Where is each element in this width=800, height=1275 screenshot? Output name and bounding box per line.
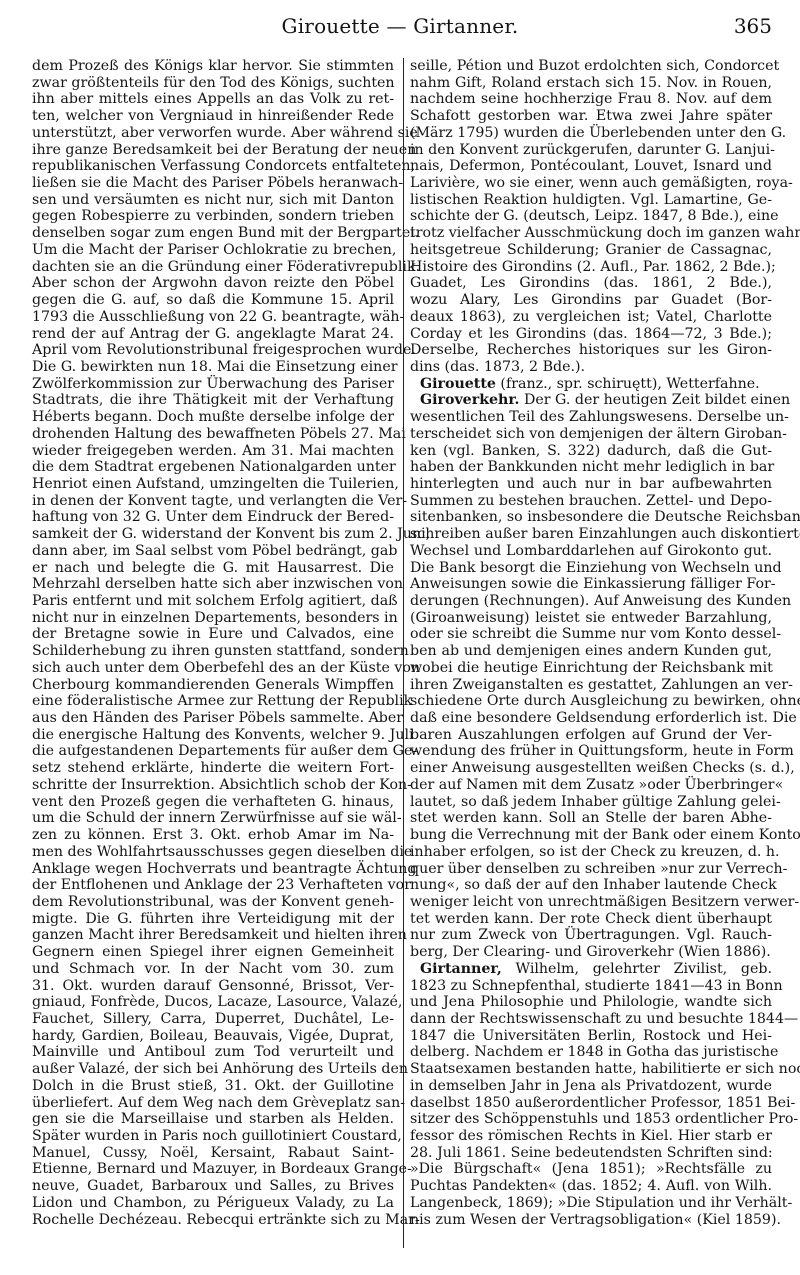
text-line: nis zum Wesen der Vertragsobligation« (K… <box>410 1212 772 1229</box>
text-line: trotz vielfacher Ausschmückung doch im g… <box>410 225 772 242</box>
text-line: Rochelle Dechézeau. Rebecqui ertränkte s… <box>32 1212 394 1229</box>
page-number: 365 <box>734 14 772 38</box>
text-line: in denen der Konvent tagte, und verlangt… <box>32 493 394 510</box>
text-line: Stadtrats, die ihre Thätigkeit mit der V… <box>32 392 394 409</box>
text-line: dem Revolutionstribunal, was der Konvent… <box>32 894 394 911</box>
text-line: die dem Stadtrat ergebenen Nationalgarde… <box>32 459 394 476</box>
text-line: deaux 1863), zu vergleichen ist; Vatel, … <box>410 309 772 326</box>
text-line: Manuel, Cussy, Noël, Kersaint, Rabaut Sa… <box>32 1145 394 1162</box>
text-line: Die G. bewirkten nun 18. Mai die Einsetz… <box>32 359 394 376</box>
text-line: wozu Alary, Les Girondins par Guadet (Bo… <box>410 292 772 309</box>
text-line: nung«, so daß der auf den Inhaber lauten… <box>410 877 772 894</box>
text-line: Staatsexamen bestanden hatte, habilitier… <box>410 1061 772 1078</box>
text-line: Langenbeck, 1869); »Die Stipulation und … <box>410 1195 772 1212</box>
entry-girtanner: Girtanner, Wilhelm, gelehrter Zivilist, … <box>410 961 772 1229</box>
text-line: gegen die G. auf, so daß die Kommune 15.… <box>32 292 394 309</box>
text-line: Zwölferkommission zur Überwachung des Pa… <box>32 376 394 393</box>
text-line: wobei die heutige Einrichtung der Reichs… <box>410 660 772 677</box>
right-column: seille, Pétion und Buzot erdolchten sich… <box>410 58 772 1228</box>
text-line: Um die Macht der Pariser Ochlokratie zu … <box>32 242 394 259</box>
running-title: Girouette — Girtanner. <box>0 14 800 38</box>
text-line: hardy, Gardien, Boileau, Beauvais, Vigée… <box>32 1028 394 1045</box>
text-line: Henriot einen Aufstand, umzingelten die … <box>32 476 394 493</box>
text-line: derungen (Rechnungen). Auf Anweisung des… <box>410 593 772 610</box>
lemma-girouette: Girouette <box>420 376 496 392</box>
text-line: schiedene Orte durch Ausgleichung zu bew… <box>410 693 772 710</box>
text-line: bung die Verrechnung mit der Bank oder e… <box>410 827 772 844</box>
text-line: wendung des früher in Quittungsform, heu… <box>410 743 772 760</box>
entry-girouette: Girouette (franz., spr. schiruętt), Wett… <box>410 376 772 393</box>
text-line: zwar größtenteils für den Tod des Königs… <box>32 75 394 92</box>
text-line: quer über denselben zu schreiben »nur zu… <box>410 861 772 878</box>
text-line: Lidon und Chambon, zu Périgueux Valady, … <box>32 1195 394 1212</box>
text-line: Guadet, Les Girondins (das. 1861, 2 Bde.… <box>410 275 772 292</box>
text-line: rend der auf Antrag der G. angeklagte Ma… <box>32 326 394 343</box>
text-line: Dolch in die Brust stieß, 31. Okt. der G… <box>32 1078 394 1095</box>
text-line: ganzen Macht ihrer Beredsamkeit und hiel… <box>32 927 394 944</box>
text-line: in demselben Jahr in Jena als Privatdoze… <box>410 1078 772 1095</box>
text-line: »Die Bürgschaft« (Jena 1851); »Rechtsfäl… <box>410 1161 772 1178</box>
text-line: außer Valazé, der sich bei Anhörung des … <box>32 1061 394 1078</box>
text-line: dann aber, im Saal selbst vom Pöbel bedr… <box>32 543 394 560</box>
text-line: Mehrzahl derselben hatte sich aber inzwi… <box>32 576 394 593</box>
text-line: Derselbe, Recherches historiques sur les… <box>410 342 772 359</box>
text-line: 31. Okt. wurden darauf Gensonné, Brissot… <box>32 978 394 995</box>
text-line: Die Bank besorgt die Einziehung von Wech… <box>410 560 772 577</box>
text-line: sitzer des Schöppenstuhls und 1853 orden… <box>410 1111 772 1128</box>
text-line: nicht nur in einzelnen Departements, bes… <box>32 610 394 627</box>
text-line: ließen sie die Macht des Pariser Pöbels … <box>32 175 394 192</box>
text-line: ihn aber mittels eines Appells an das Vo… <box>32 91 394 108</box>
text-line: wieder freigegeben werden. Am 31. Mai ma… <box>32 443 394 460</box>
text-line: ken (vgl. Banken, S. 322) dadurch, daß d… <box>410 443 772 460</box>
text-line: inhaber erfolgen, so ist der Check zu kr… <box>410 844 772 861</box>
text-line: 1847 die Universitäten Berlin, Rostock u… <box>410 1028 772 1045</box>
text-line: um die Schuld der innern Zerwürfnisse au… <box>32 810 394 827</box>
text-line: setz stehend erklärte, hinderte die weit… <box>32 760 394 777</box>
text-line: gen sie die Marseillaise und starben als… <box>32 1111 394 1128</box>
text-line: Histoire des Girondins (2. Aufl., Par. 1… <box>410 259 772 276</box>
text-line: seille, Pétion und Buzot erdolchten sich… <box>410 58 772 75</box>
text-line: berg, Der Clearing- und Giroverkehr (Wie… <box>410 944 772 961</box>
text-line: neuve, Guadet, Barbaroux und Salles, zu … <box>32 1178 394 1195</box>
text-line: Schafott gestorben war. Etwa zwei Jahre … <box>410 108 772 125</box>
text-line: daselbst 1850 außerordentlicher Professo… <box>410 1095 772 1112</box>
text-line: ihren Zweiganstalten es gestattet, Zahlu… <box>410 677 772 694</box>
column-divider <box>403 58 404 1248</box>
text-line: gniaud, Fonfrède, Ducos, Lacaze, Lasourc… <box>32 994 394 1011</box>
text-line: Anweisungen sowie die Einkassierung fäll… <box>410 576 772 593</box>
text-line: nachdem seine hochherzige Frau 8. Nov. a… <box>410 91 772 108</box>
text-line: Summen zu bestehen brauchen. Zettel- und… <box>410 493 772 510</box>
text-line: tet werden kann. Der rote Check dient üb… <box>410 911 772 928</box>
lemma-giroverkehr: Giroverkehr. <box>420 392 519 408</box>
text-line: dachten sie an die Gründung einer Födera… <box>32 259 394 276</box>
text-line: in den Konvent zurückgerufen, darunter G… <box>410 142 772 159</box>
text-line: listischen Reaktion huldigten. Vgl. Lama… <box>410 192 772 209</box>
text-line: Etienne, Bernard und Mazuyer, in Bordeau… <box>32 1161 394 1178</box>
text-line: ten, welcher von Vergniaud in hinreißend… <box>32 108 394 125</box>
text-line: hinterlegten und auch nur in bar aufbewa… <box>410 476 772 493</box>
text-line: lautet, so daß jedem Inhaber gültige Zah… <box>410 794 772 811</box>
text-line: haftung von 32 G. Unter dem Eindruck der… <box>32 509 394 526</box>
text-line: und Schmach vor. In der Nacht vom 30. zu… <box>32 961 394 978</box>
text-line: dins (das. 1873, 2 Bde.). <box>410 359 772 376</box>
text-line: Puchtas Pandekten« (das. 1852; 4. Aufl. … <box>410 1178 772 1195</box>
text-line: drohenden Haltung des bewaffneten Pöbels… <box>32 426 394 443</box>
text-line: Wechsel und Lombarddarlehen auf Girokont… <box>410 543 772 560</box>
text-line: unterstützt, aber verworfen wurde. Aber … <box>32 125 394 142</box>
text-line: haben der Bankkunden nicht mehr lediglic… <box>410 459 772 476</box>
text-line: er nach und belegte die G. mit Hausarres… <box>32 560 394 577</box>
text-run: Der G. der heutigen Zeit bildet einen <box>519 392 790 408</box>
text-line: April vom Revolutionstribunal freigespro… <box>32 342 394 359</box>
text-line: sitenbanken, so insbesondere die Deutsch… <box>410 509 772 526</box>
text-line: men des Wohlfahrtsausschusses gegen dies… <box>32 844 394 861</box>
text-line: der auf Namen mit dem Zusatz »oder Überb… <box>410 777 772 794</box>
text-line: terscheidet sich von demjenigen der älte… <box>410 426 772 443</box>
text-line: gegen Robespierre zu verbinden, sondern … <box>32 208 394 225</box>
text-line: Giroverkehr. Der G. der heutigen Zeit bi… <box>410 392 772 409</box>
text-line: baren Auszahlungen erfolgen auf Grund de… <box>410 727 772 744</box>
entry-girouette-text: (franz., spr. schiruętt), Wetterfahne. <box>496 376 760 392</box>
text-line: Girtanner, Wilhelm, gelehrter Zivilist, … <box>410 961 772 978</box>
text-line: Héberts begann. Doch mußte derselbe info… <box>32 409 394 426</box>
text-line: Fauchet, Sillery, Carra, Duperret, Duchâ… <box>32 1011 394 1028</box>
text-line: Aber schon der Argwohn davon reizte den … <box>32 275 394 292</box>
text-line: nur zum Zweck von Übertragungen. Vgl. Ra… <box>410 927 772 944</box>
text-line: stet werden kann. Soll an Stelle der bar… <box>410 810 772 827</box>
text-line: republikanischen Verfassung Condorcets e… <box>32 158 394 175</box>
text-line: 28. Juli 1861. Seine bedeutendsten Schri… <box>410 1145 772 1162</box>
text-line: vent den Prozeß gegen die verhafteten G.… <box>32 794 394 811</box>
text-line: (Giroanweisung) leistet sie entweder Bar… <box>410 610 772 627</box>
text-line: einer Anweisung ausgestellten weißen Che… <box>410 760 772 777</box>
text-line: schichte der G. (deutsch, Leipz. 1847, 8… <box>410 208 772 225</box>
text-line: zen zu können. Erst 3. Okt. erhob Amar i… <box>32 827 394 844</box>
text-line: überliefert. Auf dem Weg nach dem Grèvep… <box>32 1095 394 1112</box>
text-line: sich auch unter dem Oberbefehl des an de… <box>32 660 394 677</box>
text-line: nahm Gift, Roland erstach sich 15. Nov. … <box>410 75 772 92</box>
text-line: fessor des römischen Rechts in Kiel. Hie… <box>410 1128 772 1145</box>
text-line: samkeit der G. widerstand der Konvent bi… <box>32 526 394 543</box>
text-line: Larivière, wo sie einer, wenn auch gemäß… <box>410 175 772 192</box>
text-line: migte. Die G. führten ihre Verteidigung … <box>32 911 394 928</box>
text-line: oder sie schreibt die Summe nur vom Kont… <box>410 626 772 643</box>
text-line: denselben sogar zum engen Bund mit der B… <box>32 225 394 242</box>
text-line: Später wurden in Paris noch guillotinier… <box>32 1128 394 1145</box>
text-run: Wilhelm, gelehrter Zivilist, geb. <box>502 961 772 977</box>
text-line: schritte der Insurrektion. Absichtlich s… <box>32 777 394 794</box>
text-line: 1823 zu Schnepfenthal, studierte 1841—43… <box>410 978 772 995</box>
text-line: der Entflohenen und Anklage der 23 Verha… <box>32 877 394 894</box>
text-line: Paris entfernt und mit solchem Erfolg ag… <box>32 593 394 610</box>
text-line: wesentlichen Teil des Zahlungswesens. De… <box>410 409 772 426</box>
text-line: aus den Händen des Pariser Pöbels sammel… <box>32 710 394 727</box>
text-line: delberg. Nachdem er 1848 in Gotha das ju… <box>410 1044 772 1061</box>
text-line: sen und versäumten es nicht nur, sich mi… <box>32 192 394 209</box>
text-line: Cherbourg kommandierenden Generals Wimpf… <box>32 677 394 694</box>
text-line: dem Prozeß des Königs klar hervor. Sie s… <box>32 58 394 75</box>
girondists-continuation: seille, Pétion und Buzot erdolchten sich… <box>410 58 772 376</box>
text-line: nais, Defermon, Pontécoulant, Louvet, Is… <box>410 158 772 175</box>
text-line: und Jena Philosophie und Philologie, wan… <box>410 994 772 1011</box>
left-column: dem Prozeß des Königs klar hervor. Sie s… <box>32 58 394 1228</box>
text-line: die aufgestandenen Departements für auße… <box>32 743 394 760</box>
page-header: Girouette — Girtanner. 365 <box>0 14 800 44</box>
text-line: der Bretagne sowie in Eure und Calvados,… <box>32 626 394 643</box>
text-line: ben ab und demjenigen eines andern Kunde… <box>410 643 772 660</box>
text-line: heitsgetreue Schilderung; Granier de Cas… <box>410 242 772 259</box>
entry-giroverkehr: Giroverkehr. Der G. der heutigen Zeit bi… <box>410 392 772 960</box>
text-line: weniger leicht von unrechtmäßigen Besitz… <box>410 894 772 911</box>
text-line: ihre ganze Beredsamkeit bei der Beratung… <box>32 142 394 159</box>
text-line: (März 1795) wurden die Überlebenden unte… <box>410 125 772 142</box>
text-line: eine föderalistische Armee zur Rettung d… <box>32 693 394 710</box>
text-line: Mainville und Antiboul zum Tod verurteil… <box>32 1044 394 1061</box>
text-line: Anklage wegen Hochverrats und beantragte… <box>32 861 394 878</box>
text-line: schreiben außer baren Einzahlungen auch … <box>410 526 772 543</box>
text-line: daß eine besondere Geldsendung erforderl… <box>410 710 772 727</box>
text-line: Gegnern einen Spiegel ihrer eignen Gemei… <box>32 944 394 961</box>
text-line: dann der Rechtswissenschaft zu und besuc… <box>410 1011 772 1028</box>
text-line: die energische Haltung des Konvents, wel… <box>32 727 394 744</box>
lemma-girtanner: Girtanner, <box>420 961 502 977</box>
text-line: Schilderhebung zu ihren gunsten stattfan… <box>32 643 394 660</box>
text-line: 1793 die Ausschließung von 22 G. beantra… <box>32 309 394 326</box>
text-line: Corday et les Girondins (das. 1864—72, 3… <box>410 326 772 343</box>
